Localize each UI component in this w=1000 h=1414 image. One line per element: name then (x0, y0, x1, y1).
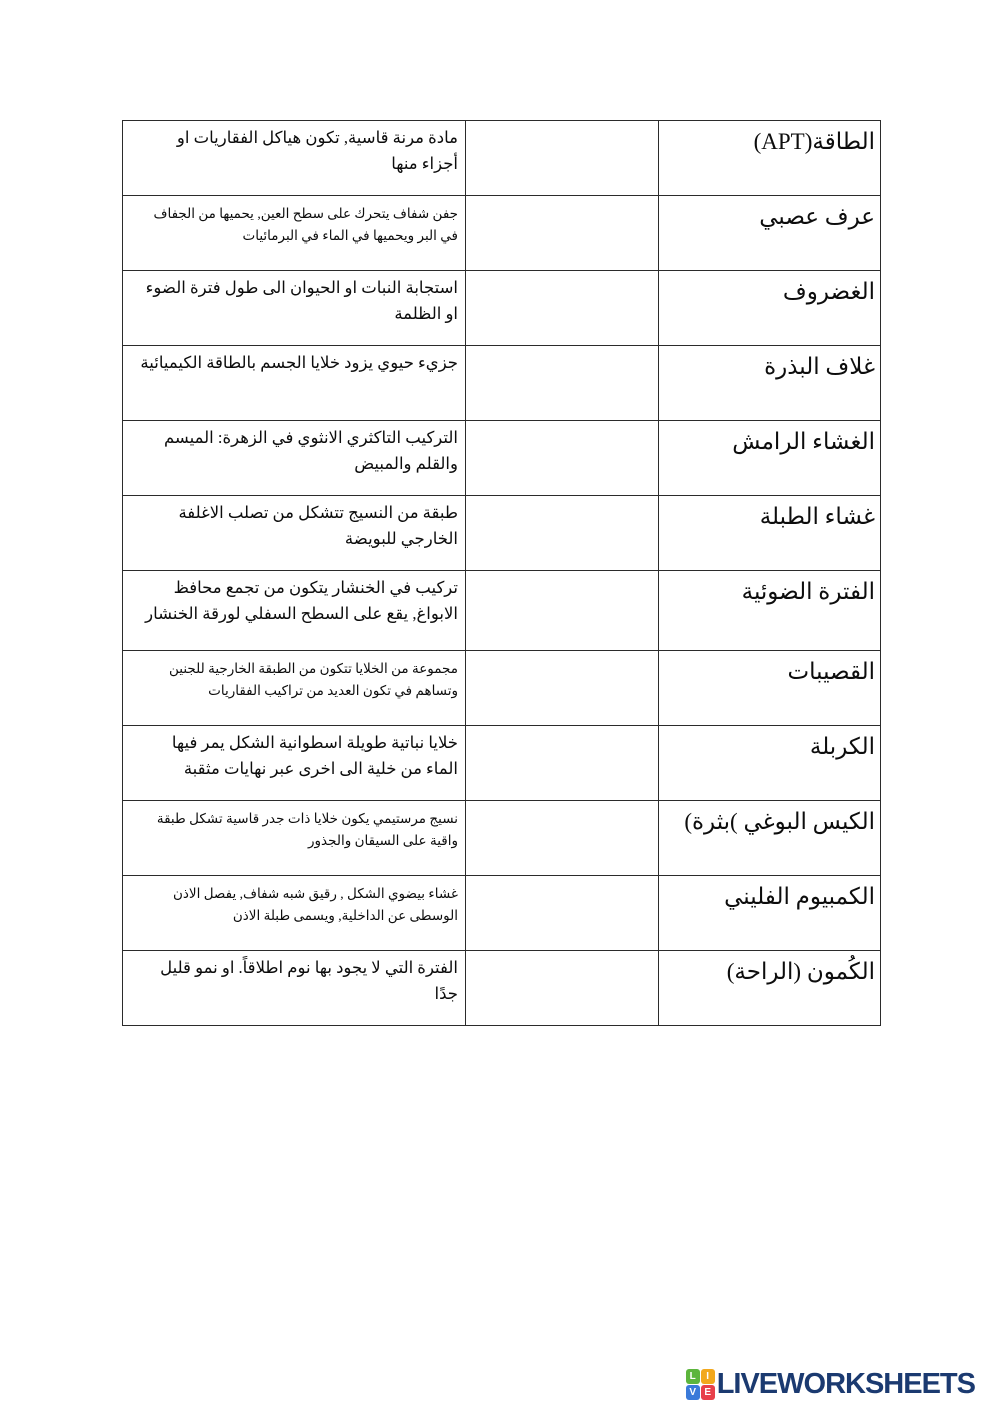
answer-cell[interactable] (466, 571, 659, 651)
definition-cell: جزيء حيوي يزود خلايا الجسم بالطاقة الكيم… (123, 346, 466, 421)
answer-cell[interactable] (466, 196, 659, 271)
term-cell: الطاقة(APT) (659, 121, 881, 196)
term-cell: غشاء الطبلة (659, 496, 881, 571)
table-row: الغضروف استجابة النبات او الحيوان الى طو… (123, 271, 881, 346)
term-cell: الغضروف (659, 271, 881, 346)
term-cell: غلاف البذرة (659, 346, 881, 421)
definition-cell: الفترة التي لا يجود بها نوم اطلاقاً. او … (123, 951, 466, 1026)
answer-cell[interactable] (466, 951, 659, 1026)
worksheet-page: الطاقة(APT) مادة مرنة قاسية, تكون هياكل … (0, 0, 1000, 1414)
table-row: الغشاء الرامش التركيب التاكثري الانثوي ف… (123, 421, 881, 496)
logo-square-e: E (701, 1385, 715, 1400)
answer-cell[interactable] (466, 651, 659, 726)
vocabulary-match-table: الطاقة(APT) مادة مرنة قاسية, تكون هياكل … (122, 120, 881, 1026)
answer-cell[interactable] (466, 801, 659, 876)
table-row: الكيس البوغي )بثرة) نسيج مرستيمي يكون خل… (123, 801, 881, 876)
definition-cell: غشاء بيضوي الشكل , رقيق شبه شفاف, يفصل ا… (123, 876, 466, 951)
liveworksheets-brand[interactable]: L I V E LIVEWORKSHEETS (686, 1369, 975, 1400)
table-row: غشاء الطبلة طبقة من النسيج تتشكل من تصلب… (123, 496, 881, 571)
definition-cell: جفن شفاف يتحرك على سطح العين, يحميها من … (123, 196, 466, 271)
term-cell: الكمبيوم الفليني (659, 876, 881, 951)
table-row: الكمبيوم الفليني غشاء بيضوي الشكل , رقيق… (123, 876, 881, 951)
definition-cell: مادة مرنة قاسية, تكون هياكل الفقاريات او… (123, 121, 466, 196)
answer-cell[interactable] (466, 421, 659, 496)
term-cell: الكُمون (الراحة) (659, 951, 881, 1026)
definition-cell: تركيب في الخنشار يتكون من تجمع محافظ الا… (123, 571, 466, 651)
liveworksheets-wordmark: LIVEWORKSHEETS (717, 1370, 975, 1399)
term-cell: الفترة الضوئية (659, 571, 881, 651)
definition-cell: نسيج مرستيمي يكون خلايا ذات جدر قاسية تش… (123, 801, 466, 876)
liveworksheets-logo-icon: L I V E (686, 1369, 715, 1400)
definition-cell: طبقة من النسيج تتشكل من تصلب الاغلفة الخ… (123, 496, 466, 571)
answer-cell[interactable] (466, 726, 659, 801)
term-cell: القصيبات (659, 651, 881, 726)
logo-square-l: L (686, 1369, 700, 1384)
table-row: القصيبات مجموعة من الخلايا تتكون من الطب… (123, 651, 881, 726)
logo-square-v: V (686, 1385, 700, 1400)
term-cell: عرف عصبي (659, 196, 881, 271)
answer-cell[interactable] (466, 121, 659, 196)
answer-cell[interactable] (466, 346, 659, 421)
table-row: الكربلة خلايا نباتية طويلة اسطوانية الشك… (123, 726, 881, 801)
definition-cell: مجموعة من الخلايا تتكون من الطبقة الخارج… (123, 651, 466, 726)
table-row: الفترة الضوئية تركيب في الخنشار يتكون من… (123, 571, 881, 651)
definition-cell: التركيب التاكثري الانثوي في الزهرة: المي… (123, 421, 466, 496)
table-row: غلاف البذرة جزيء حيوي يزود خلايا الجسم ب… (123, 346, 881, 421)
logo-square-i: I (701, 1369, 715, 1384)
answer-cell[interactable] (466, 876, 659, 951)
answer-cell[interactable] (466, 496, 659, 571)
table-row: الكُمون (الراحة) الفترة التي لا يجود بها… (123, 951, 881, 1026)
term-cell: الكيس البوغي )بثرة) (659, 801, 881, 876)
table-row: عرف عصبي جفن شفاف يتحرك على سطح العين, ي… (123, 196, 881, 271)
definition-cell: استجابة النبات او الحيوان الى طول فترة ا… (123, 271, 466, 346)
term-cell: الكربلة (659, 726, 881, 801)
definition-cell: خلايا نباتية طويلة اسطوانية الشكل يمر في… (123, 726, 466, 801)
table-row: الطاقة(APT) مادة مرنة قاسية, تكون هياكل … (123, 121, 881, 196)
answer-cell[interactable] (466, 271, 659, 346)
term-cell: الغشاء الرامش (659, 421, 881, 496)
